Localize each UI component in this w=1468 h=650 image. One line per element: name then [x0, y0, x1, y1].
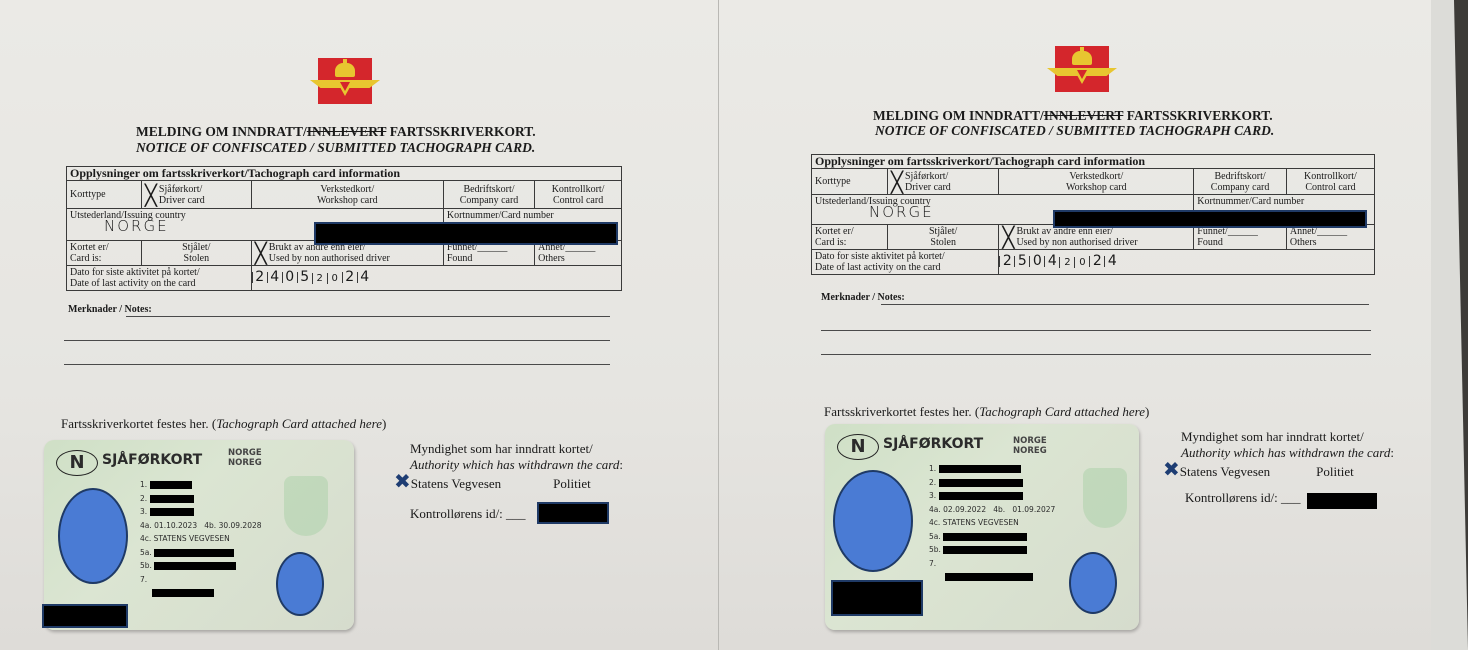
card-attach-label: Fartsskriverkortet festes her. (Tachogra… [61, 416, 386, 432]
redacted-card-id [831, 580, 923, 616]
check-x-icon: ╳ [255, 241, 267, 265]
check-x-icon: ╳ [145, 183, 157, 207]
card-type-control[interactable]: Kontrollkort/Control card [1286, 169, 1374, 195]
card-attach-label: Fartsskriverkortet festes her. (Tachogra… [824, 404, 1149, 420]
card-type-workshop[interactable]: Verkstedkort/Workshop card [251, 181, 443, 209]
country-badge: N [837, 434, 879, 460]
card-title: SJÅFØRKORT [883, 436, 983, 452]
country-badge: N [56, 450, 98, 476]
notes-line[interactable] [881, 304, 1369, 305]
last-activity-label: Dato for siste aktivitet på kortet/Date … [67, 266, 252, 291]
form-title-en: NOTICE OF CONFISCATED / SUBMITTED TACHOG… [875, 123, 1274, 139]
table-header: Opplysninger om fartsskriverkort/Tachogr… [67, 167, 622, 181]
statens-vegvesen-logo-icon [1055, 46, 1109, 92]
notes-line[interactable] [64, 364, 610, 365]
form-title-en: NOTICE OF CONFISCATED / SUBMITTED TACHOG… [136, 140, 535, 156]
card-country: NORGENOREG [228, 448, 262, 468]
redacted-signature [276, 552, 324, 616]
form-title-no: MELDING OM INNDRATT/INNLEVERT FARTSSKRIV… [136, 124, 536, 140]
notes-line[interactable] [821, 330, 1371, 331]
check-x-icon: ╳ [891, 170, 903, 194]
notes-line[interactable] [126, 316, 610, 317]
driver-card-image: N SJÅFØRKORT NORGENOREG 1. 2. 3. 4a. 01.… [44, 440, 354, 630]
redacted-controller-id [537, 502, 609, 524]
coat-of-arms-icon [1083, 468, 1127, 528]
redacted-photo [833, 470, 913, 572]
form-sheet-right: MELDING OM INNDRATT/INNLEVERT FARTSSKRIV… [718, 0, 1431, 650]
card-fields: 1. 2. 3. 4a. 02.09.2022 4b. 01.09.2027 4… [929, 462, 1055, 584]
redacted-card-id [42, 604, 128, 628]
card-is-label: Kortet er/Card is: [67, 241, 142, 266]
card-is-label: Kortet er/Card is: [812, 225, 888, 250]
redacted-card-number [1053, 210, 1367, 228]
status-stolen[interactable]: Stjålet/Stolen [887, 225, 998, 250]
form-sheet-left: MELDING OM INNDRATT/INNLEVERT FARTSSKRIV… [0, 0, 718, 650]
status-used-by-other[interactable]: ╳Brukt av andre enn eier/Used by non aut… [999, 225, 1194, 250]
redacted-controller-id [1307, 493, 1377, 509]
status-found[interactable]: Funnet/______Found [1194, 225, 1287, 250]
redacted-photo [58, 488, 128, 584]
card-type-control[interactable]: Kontrollkort/Control card [535, 181, 622, 209]
authority-option-politiet[interactable]: Politiet [1316, 464, 1354, 479]
authority-option-statens-vegvesen[interactable]: Statens Vegvesen [411, 476, 501, 491]
authority-option-statens-vegvesen[interactable]: Statens Vegvesen [1180, 464, 1270, 479]
notes-line[interactable] [64, 340, 610, 341]
selected-x-icon: ✖ [394, 469, 411, 493]
card-type-driver[interactable]: ╳Sjåførkort/Driver card [887, 169, 998, 195]
last-activity-date-field[interactable]: 24052024 [251, 266, 621, 291]
card-title: SJÅFØRKORT [102, 452, 202, 468]
authority-option-politiet[interactable]: Politiet [553, 476, 591, 491]
driver-card-image: N SJÅFØRKORT NORGENOREG 1. 2. 3. 4a. 02.… [825, 424, 1139, 630]
korttype-label: Korttype [812, 169, 888, 195]
notes-label: Merknader / Notes: [821, 292, 905, 303]
coat-of-arms-icon [284, 476, 328, 536]
card-country: NORGENOREG [1013, 436, 1047, 456]
status-others[interactable]: Annet/______Others [1286, 225, 1374, 250]
last-activity-date-field[interactable]: 25042024 [999, 250, 1375, 275]
redacted-card-number [314, 222, 618, 245]
redacted-signature [1069, 552, 1117, 614]
form-title-no: MELDING OM INNDRATT/INNLEVERT FARTSSKRIV… [873, 108, 1273, 124]
statens-vegvesen-logo-icon [318, 58, 372, 104]
notes-line[interactable] [821, 354, 1371, 355]
card-fields: 1. 2. 3. 4a. 01.10.2023 4b. 30.09.2028 4… [140, 478, 262, 600]
status-stolen[interactable]: Stjålet/Stolen [141, 241, 251, 266]
card-type-driver[interactable]: ╳Sjåførkort/Driver card [141, 181, 251, 209]
card-type-workshop[interactable]: Verkstedkort/Workshop card [999, 169, 1194, 195]
korttype-label: Korttype [67, 181, 142, 209]
notes-label: Merknader / Notes: [68, 304, 152, 315]
table-header: Opplysninger om fartsskriverkort/Tachogr… [812, 155, 1375, 169]
check-x-icon: ╳ [1002, 225, 1014, 249]
last-activity-label: Dato for siste aktivitet på kortet/Date … [812, 250, 999, 275]
card-type-company[interactable]: Bedriftskort/Company card [1194, 169, 1287, 195]
selected-x-icon: ✖ [1163, 457, 1180, 481]
card-type-company[interactable]: Bedriftskort/Company card [443, 181, 534, 209]
